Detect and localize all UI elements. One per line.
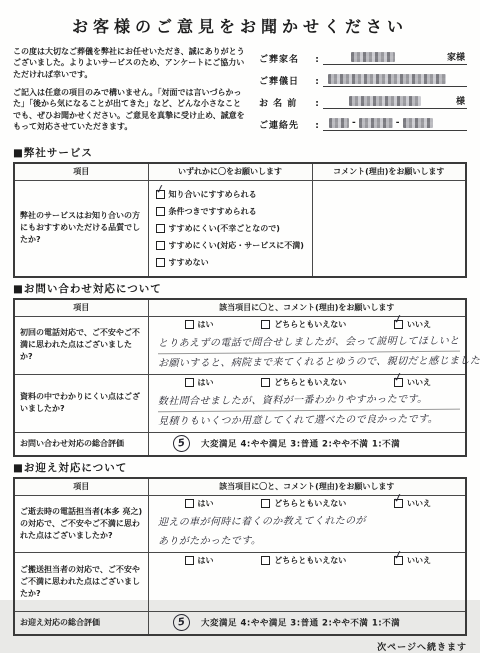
option-label: すすめない bbox=[169, 257, 209, 268]
col-header-answer: 該当項目に〇と、コメント(理由)をお願いします bbox=[148, 299, 466, 317]
option-label: すすめにくい(不幸ごとなので) bbox=[169, 223, 280, 234]
redacted-value bbox=[328, 74, 446, 84]
field-label: ご葬家名 bbox=[259, 52, 311, 65]
service-header-row: 項目 いずれかに〇をお願いします コメント(理由)をお願いします bbox=[14, 163, 466, 181]
question-text: 資料の中でわかりにくい点はございましたか? bbox=[14, 374, 148, 432]
option-label: はい bbox=[198, 498, 214, 509]
checkbox-icon bbox=[394, 320, 403, 329]
service-options: 知り合いにすすめられる 条件つきですすめられる すすめにくい(不幸ごとなので) … bbox=[148, 180, 312, 277]
option-label: 条件つきですすめられる bbox=[169, 206, 257, 217]
rating-scale-text: 大変満足 4:やや満足 3:普通 2:やや不満 1:不満 bbox=[201, 440, 400, 450]
service-question: 弊社のサービスはお知り合いの方にもおすすめいただける品質でしたか? bbox=[14, 180, 148, 277]
col-header-choice: いずれかに〇をお願いします bbox=[148, 163, 312, 181]
option-neutral: どちらともいえない bbox=[261, 319, 346, 331]
question-text: 初回の電話対応で、ご不安やご不満に思われた点はございましたか? bbox=[14, 316, 148, 374]
field-value-line bbox=[323, 71, 467, 87]
section-heading-inquiry: ■お問い合わせ対応について bbox=[13, 281, 467, 296]
option-no: いいえ bbox=[394, 555, 431, 567]
answer-cell: はい どちらともいえない いいえ bbox=[148, 552, 466, 611]
col-header-item: 項目 bbox=[14, 478, 148, 496]
option-no: いいえ bbox=[394, 498, 431, 510]
option-label: はい bbox=[198, 555, 214, 566]
col-header-comment: コメント(理由)をお願いします bbox=[312, 163, 466, 181]
field-value-line: 家様 bbox=[323, 49, 467, 65]
continue-note: 次ページへ続きます bbox=[13, 640, 467, 653]
yes-no-options: はい どちらともいえない いいえ bbox=[149, 553, 466, 568]
handwritten-line: ありがたかったです。 bbox=[158, 529, 460, 551]
top-area: この度は大切なご葬儀を弊社にお任せいただき、誠にありがとうございました。よりよい… bbox=[13, 46, 467, 140]
option-label: いいえ bbox=[407, 319, 431, 330]
col-header-item: 項目 bbox=[14, 163, 148, 181]
circled-rating-value: 5 bbox=[171, 434, 190, 453]
field-name: お 名 前 : 様 bbox=[259, 93, 467, 109]
option-label: いいえ bbox=[407, 555, 431, 566]
handwritten-line: とりあえずの電話で問合せしましたが、会って説明してほしいと bbox=[157, 331, 459, 354]
checkbox-icon bbox=[261, 556, 270, 565]
redacted-value bbox=[349, 96, 421, 106]
handwritten-comment: 数社問合せましたが、資料が一番わかりやすかったです。 見積りもいくつか用意してく… bbox=[148, 388, 465, 433]
checkbox-icon bbox=[261, 378, 270, 387]
option-neutral: どちらともいえない bbox=[261, 377, 346, 389]
checkbox-icon bbox=[261, 499, 270, 508]
option-hard-dissatisfied: すすめにくい(対応・サービスに不満) bbox=[156, 237, 305, 254]
option-recommend: 知り合いにすすめられる bbox=[156, 186, 305, 203]
field-value-line: 様 bbox=[323, 93, 467, 109]
pickup-row-death-call: ご逝去時の電話担当者(本多 亮之)の対応で、ご不安やご不満に思われた点はございま… bbox=[14, 495, 466, 552]
checkbox-icon bbox=[394, 378, 403, 387]
rating-cell: 5 大変満足 4:やや満足 3:普通 2:やや不満 1:不満 bbox=[148, 432, 466, 456]
pickup-rating-row: お迎え対応の総合評価 5 大変満足 4:やや満足 3:普通 2:やや不満 1:不… bbox=[14, 611, 466, 635]
handwritten-comment: 迎えの車が何時に着くのか教えてくれたのが ありがたかったです。 bbox=[148, 509, 465, 553]
option-label: はい bbox=[198, 377, 214, 388]
option-conditional: 条件つきですすめられる bbox=[156, 203, 305, 220]
field-label: お 名 前 bbox=[259, 96, 311, 109]
field-family-name: ご葬家名 : 家様 bbox=[259, 49, 467, 65]
redacted-value bbox=[351, 52, 395, 62]
pickup-row-transport: ご搬送担当者の対応で、ご不安やご不満に思われた点はございましたか? はい どちら… bbox=[14, 552, 466, 611]
option-neutral: どちらともいえない bbox=[261, 498, 346, 510]
checkbox-icon bbox=[394, 556, 403, 565]
yes-no-options: はい どちらともいえない いいえ bbox=[149, 375, 466, 390]
handwritten-line: 数社問合せましたが、資料が一番わかりやすかったです。 bbox=[157, 389, 459, 412]
rating-scale-text: 大変満足 4:やや満足 3:普通 2:やや不満 1:不満 bbox=[201, 619, 400, 629]
field-value-line: - - bbox=[323, 115, 467, 131]
answer-cell: はい どちらともいえない いいえ 数社問合せましたが、資料が一番わかりやすかった… bbox=[148, 374, 466, 432]
inquiry-table: 項目 該当項目に〇と、コメント(理由)をお願いします 初回の電話対応で、ご不安や… bbox=[13, 298, 467, 457]
rating-cell: 5 大変満足 4:やや満足 3:普通 2:やや不満 1:不満 bbox=[148, 611, 466, 635]
service-table: 項目 いずれかに〇をお願いします コメント(理由)をお願いします 弊社のサービス… bbox=[13, 162, 467, 278]
rating-label: お問い合わせ対応の総合評価 bbox=[14, 432, 148, 456]
option-label: いいえ bbox=[407, 498, 431, 509]
option-label: はい bbox=[198, 319, 214, 330]
service-comment-cell bbox=[312, 180, 466, 277]
col-header-item: 項目 bbox=[14, 299, 148, 317]
redacted-value bbox=[359, 118, 393, 128]
option-label: どちらともいえない bbox=[274, 555, 346, 566]
checkbox-icon bbox=[394, 499, 403, 508]
checkbox-icon bbox=[185, 556, 194, 565]
inquiry-rating-row: お問い合わせ対応の総合評価 5 大変満足 4:やや満足 3:普通 2:やや不満 … bbox=[14, 432, 466, 456]
rating-label: お迎え対応の総合評価 bbox=[14, 611, 148, 635]
circled-rating-value: 5 bbox=[171, 613, 190, 632]
field-label: ご連絡先 bbox=[259, 118, 311, 131]
answer-cell: はい どちらともいえない いいえ とりあえずの電話で問合せしましたが、会って説明… bbox=[148, 316, 466, 374]
field-contact: ご連絡先 : - - bbox=[259, 115, 467, 131]
option-yes: はい bbox=[185, 555, 214, 567]
service-question-row: 弊社のサービスはお知り合いの方にもおすすめいただける品質でしたか? 知り合いにす… bbox=[14, 180, 466, 277]
option-label: どちらともいえない bbox=[274, 377, 346, 388]
yes-no-options: はい どちらともいえない いいえ bbox=[149, 317, 466, 332]
intro-paragraph-2: ご記入は任意の項目のみで構いません。「対面では言いづらかった」「後から気になるこ… bbox=[13, 87, 247, 132]
section-heading-pickup: ■お迎え対応について bbox=[13, 460, 467, 475]
option-yes: はい bbox=[185, 498, 214, 510]
answer-cell: はい どちらともいえない いいえ 迎えの車が何時に着くのか教えてくれたのが あり… bbox=[148, 495, 466, 552]
question-text: ご搬送担当者の対応で、ご不安やご不満に思われた点はございましたか? bbox=[14, 552, 148, 611]
option-no: いいえ bbox=[394, 319, 431, 331]
checkbox-icon bbox=[156, 207, 165, 216]
yes-no-options: はい どちらともいえない いいえ bbox=[149, 496, 466, 511]
field-funeral-date: ご葬儀日 : bbox=[259, 71, 467, 87]
field-label: ご葬儀日 bbox=[259, 74, 311, 87]
option-yes: はい bbox=[185, 377, 214, 389]
checkbox-icon bbox=[156, 241, 165, 250]
col-header-answer: 該当項目に〇と、コメント(理由)をお願いします bbox=[148, 478, 466, 496]
question-text: ご逝去時の電話担当者(本多 亮之)の対応で、ご不安やご不満に思われた点はございま… bbox=[14, 495, 148, 552]
option-label: いいえ bbox=[407, 377, 431, 388]
redacted-value bbox=[403, 118, 433, 128]
option-yes: はい bbox=[185, 319, 214, 331]
handwritten-line: お願いすると、病院まで来てくれるとゆうので、親切だと感じました。 bbox=[158, 351, 460, 373]
scanned-survey-form: お客様のご意見をお聞かせください この度は大切なご葬儀を弊社にお任せいただき、誠… bbox=[0, 0, 480, 600]
checkbox-icon bbox=[156, 258, 165, 267]
option-hard-misfortune: すすめにくい(不幸ごとなので) bbox=[156, 220, 305, 237]
option-label: どちらともいえない bbox=[274, 319, 346, 330]
option-label: 知り合いにすすめられる bbox=[169, 189, 257, 200]
checkbox-icon bbox=[185, 378, 194, 387]
redacted-value bbox=[329, 118, 349, 128]
intro-paragraph-1: この度は大切なご葬儀を弊社にお任せいただき、誠にありがとうございました。よりよい… bbox=[13, 46, 247, 80]
handwritten-comment: とりあえずの電話で問合せしましたが、会って説明してほしいと お願いすると、病院ま… bbox=[148, 330, 465, 375]
checkbox-icon bbox=[156, 224, 165, 233]
option-label: どちらともいえない bbox=[274, 498, 346, 509]
checkbox-icon bbox=[261, 320, 270, 329]
checkbox-icon bbox=[156, 190, 165, 199]
option-label: すすめにくい(対応・サービスに不満) bbox=[169, 240, 304, 251]
checkbox-icon bbox=[185, 499, 194, 508]
handwritten-line: 迎えの車が何時に着くのか教えてくれたのが bbox=[157, 510, 459, 532]
form-title: お客様のご意見をお聞かせください bbox=[13, 14, 467, 37]
option-not-recommend: すすめない bbox=[156, 254, 305, 271]
option-no: いいえ bbox=[394, 377, 431, 389]
option-neutral: どちらともいえない bbox=[261, 555, 346, 567]
contact-info-fields: ご葬家名 : 家様 ご葬儀日 : お 名 前 : 様 bbox=[259, 46, 467, 140]
checkbox-icon bbox=[185, 320, 194, 329]
pickup-table: 項目 該当項目に〇と、コメント(理由)をお願いします ご逝去時の電話担当者(本多… bbox=[13, 477, 467, 636]
inquiry-row-materials: 資料の中でわかりにくい点はございましたか? はい どちらともいえない いいえ bbox=[14, 374, 466, 432]
intro-text: この度は大切なご葬儀を弊社にお任せいただき、誠にありがとうございました。よりよい… bbox=[13, 46, 247, 140]
section-heading-service: ■弊社サービス bbox=[13, 145, 467, 160]
handwritten-line: 見積りもいくつか用意してくれて選べたので良かったです。 bbox=[158, 409, 460, 431]
inquiry-row-first-call: 初回の電話対応で、ご不安やご不満に思われた点はございましたか? はい どちらとも… bbox=[14, 316, 466, 374]
